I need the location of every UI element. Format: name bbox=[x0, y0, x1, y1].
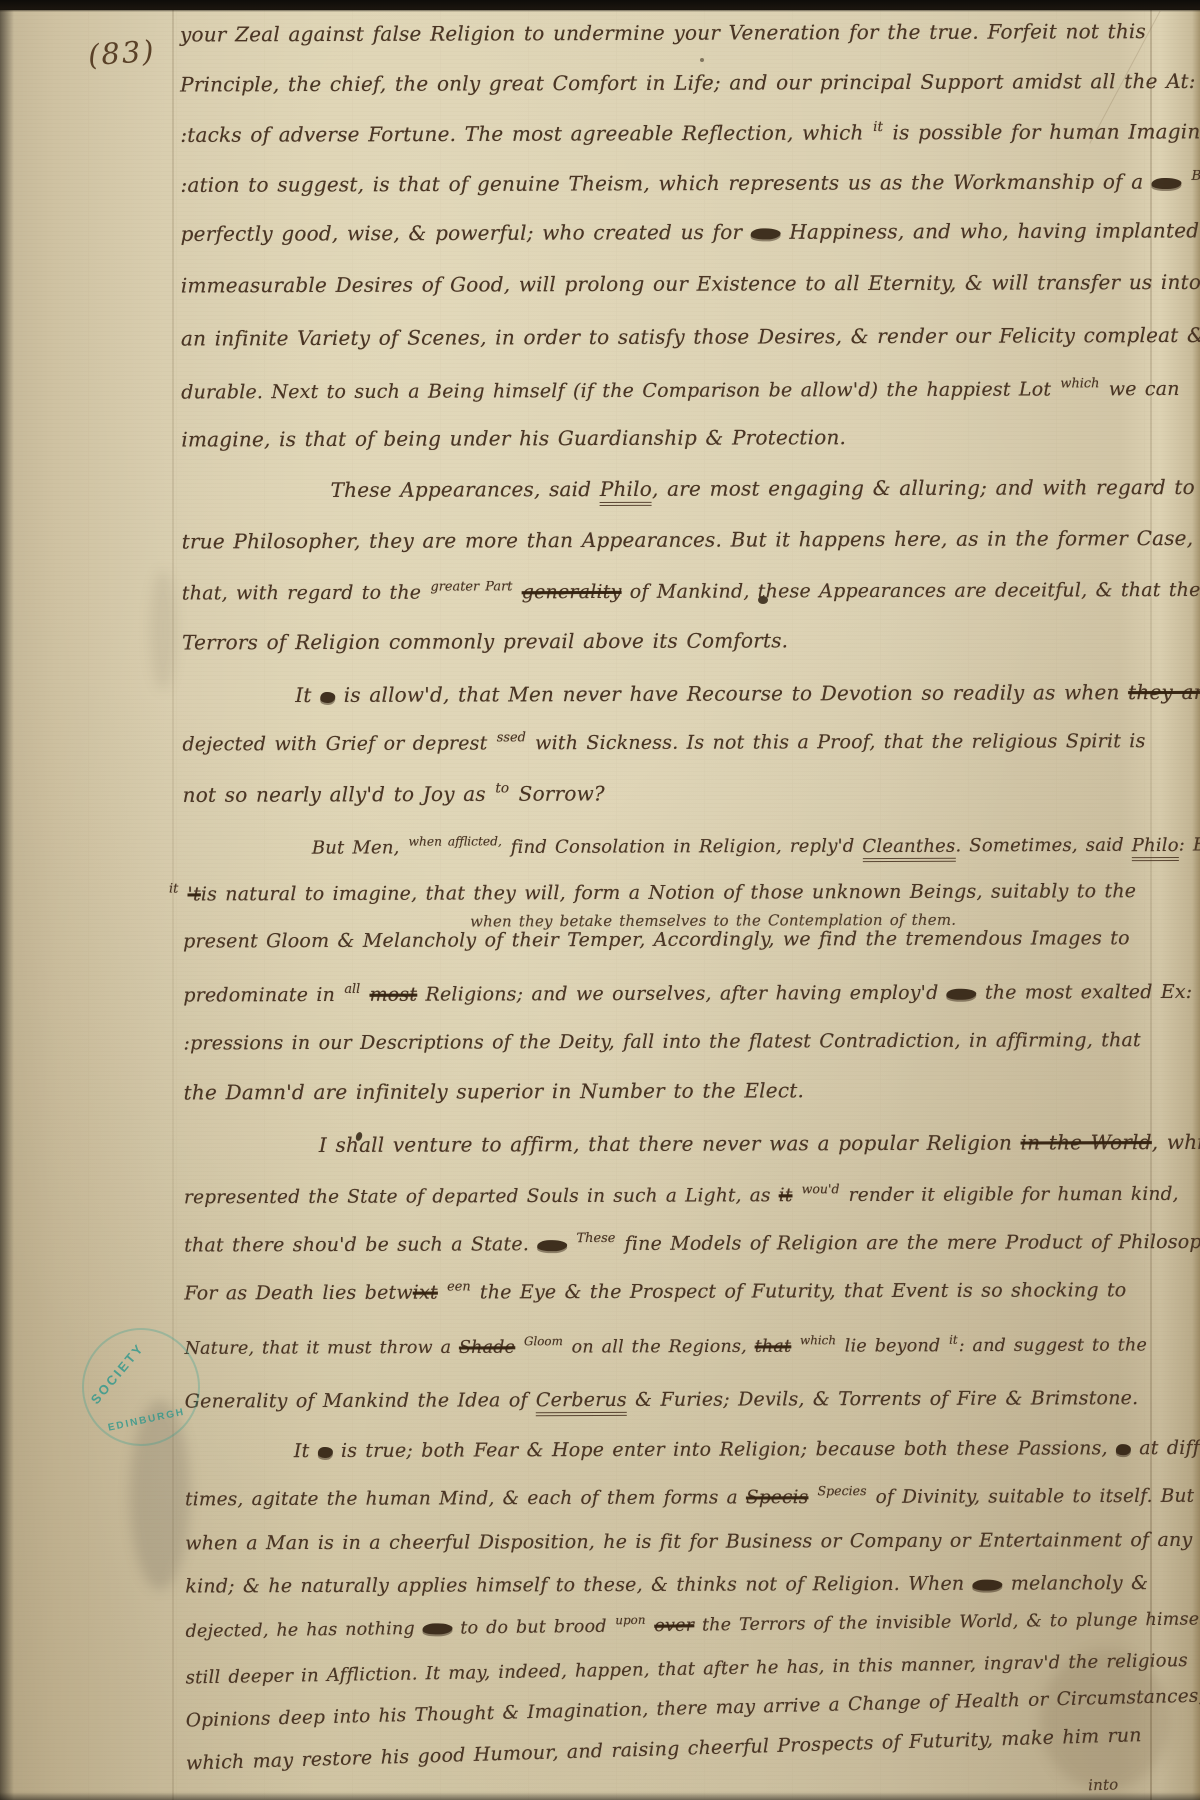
manuscript-line: It is true; both Fear & Hope enter into … bbox=[294, 1437, 1200, 1462]
manuscript-line: :tacks of adverse Fortune. The most agre… bbox=[180, 118, 1200, 147]
manuscript-line: an infinite Variety of Scenes, in order … bbox=[181, 323, 1200, 351]
manuscript-line: Terrors of Religion commonly prevail abo… bbox=[182, 628, 788, 654]
manuscript-line: still deeper in Affliction. It may, inde… bbox=[186, 1650, 1189, 1688]
photo-top-edge bbox=[0, 0, 1200, 12]
manuscript-line: represented the State of departed Souls … bbox=[184, 1180, 1179, 1208]
manuscript-line: the Damn'd are infinitely superior in Nu… bbox=[184, 1078, 804, 1104]
manuscript-line: For as Death lies betwixt een the Eye & … bbox=[184, 1277, 1126, 1304]
manuscript-text: your Zeal against false Religion to unde… bbox=[0, 8, 1200, 1800]
stamp-text-top: SOCIETY bbox=[88, 1340, 147, 1407]
manuscript-line: it 'tis natural to imagine, that they wi… bbox=[168, 878, 1136, 905]
manuscript-line: Opinions deep into his Thought & Imagina… bbox=[186, 1686, 1200, 1732]
manuscript-page: (83) your Zeal against false Religion to… bbox=[0, 10, 1200, 1800]
manuscript-line: :pressions in our Descriptions of the De… bbox=[183, 1029, 1140, 1054]
manuscript-photo: (83) your Zeal against false Religion to… bbox=[0, 0, 1200, 1800]
manuscript-line: that there shou'd be such a State. These… bbox=[184, 1229, 1200, 1257]
manuscript-line: I shall venture to affirm, that there ne… bbox=[319, 1130, 1200, 1157]
manuscript-line: predominate in all most Religions; and w… bbox=[183, 979, 1192, 1007]
manuscript-line: which may restore his good Humour, and r… bbox=[186, 1724, 1142, 1774]
manuscript-line: Principle, the chief, the only great Com… bbox=[180, 69, 1196, 97]
interline-insertion: when they betake themselves to the Conte… bbox=[470, 911, 956, 931]
photo-left-edge bbox=[0, 0, 14, 1800]
manuscript-line: These Appearances, said Philo, are most … bbox=[331, 475, 1200, 502]
manuscript-line: imagine, is that of being under his Guar… bbox=[181, 425, 846, 451]
manuscript-line: when a Man is in a cheerful Disposition,… bbox=[185, 1529, 1192, 1555]
manuscript-line: :ation to suggest, is that of genuine Th… bbox=[180, 168, 1200, 197]
photo-bottom-edge bbox=[0, 1792, 1200, 1800]
manuscript-line: your Zeal against false Religion to unde… bbox=[180, 19, 1146, 46]
manuscript-line: times, agitate the human Mind, & each of… bbox=[185, 1482, 1194, 1510]
manuscript-line: dejected with Grief or deprest ssed with… bbox=[182, 728, 1145, 755]
manuscript-line: perfectly good, wise, & powerful; who cr… bbox=[181, 217, 1200, 246]
manuscript-line: true Philosopher, they are more than App… bbox=[182, 526, 1194, 554]
manuscript-line: present Gloom & Melancholy of their Temp… bbox=[183, 927, 1130, 952]
manuscript-line: Nature, that it must throw a Shade Gloom… bbox=[185, 1332, 1148, 1359]
stamp-text-bottom: EDINBURGH bbox=[107, 1407, 186, 1434]
manuscript-line: that, with regard to the greater Part ge… bbox=[182, 577, 1200, 605]
manuscript-line: But Men, when afflicted, find Consolatio… bbox=[312, 832, 1200, 859]
manuscript-line: not so nearly ally'd to Joy as to Sorrow… bbox=[183, 780, 605, 807]
manuscript-line: Generality of Mankind the Idea of Cerber… bbox=[185, 1387, 1139, 1412]
manuscript-line: kind; & he naturally applies himself to … bbox=[185, 1572, 1148, 1597]
manuscript-line: durable. Next to such a Being himself (i… bbox=[181, 376, 1180, 403]
manuscript-line: immeasurable Desires of Good, will prolo… bbox=[181, 270, 1200, 298]
manuscript-line: It is allow'd, that Men never have Recou… bbox=[295, 680, 1200, 707]
manuscript-line: dejected, he has nothing to do but brood… bbox=[185, 1606, 1200, 1642]
